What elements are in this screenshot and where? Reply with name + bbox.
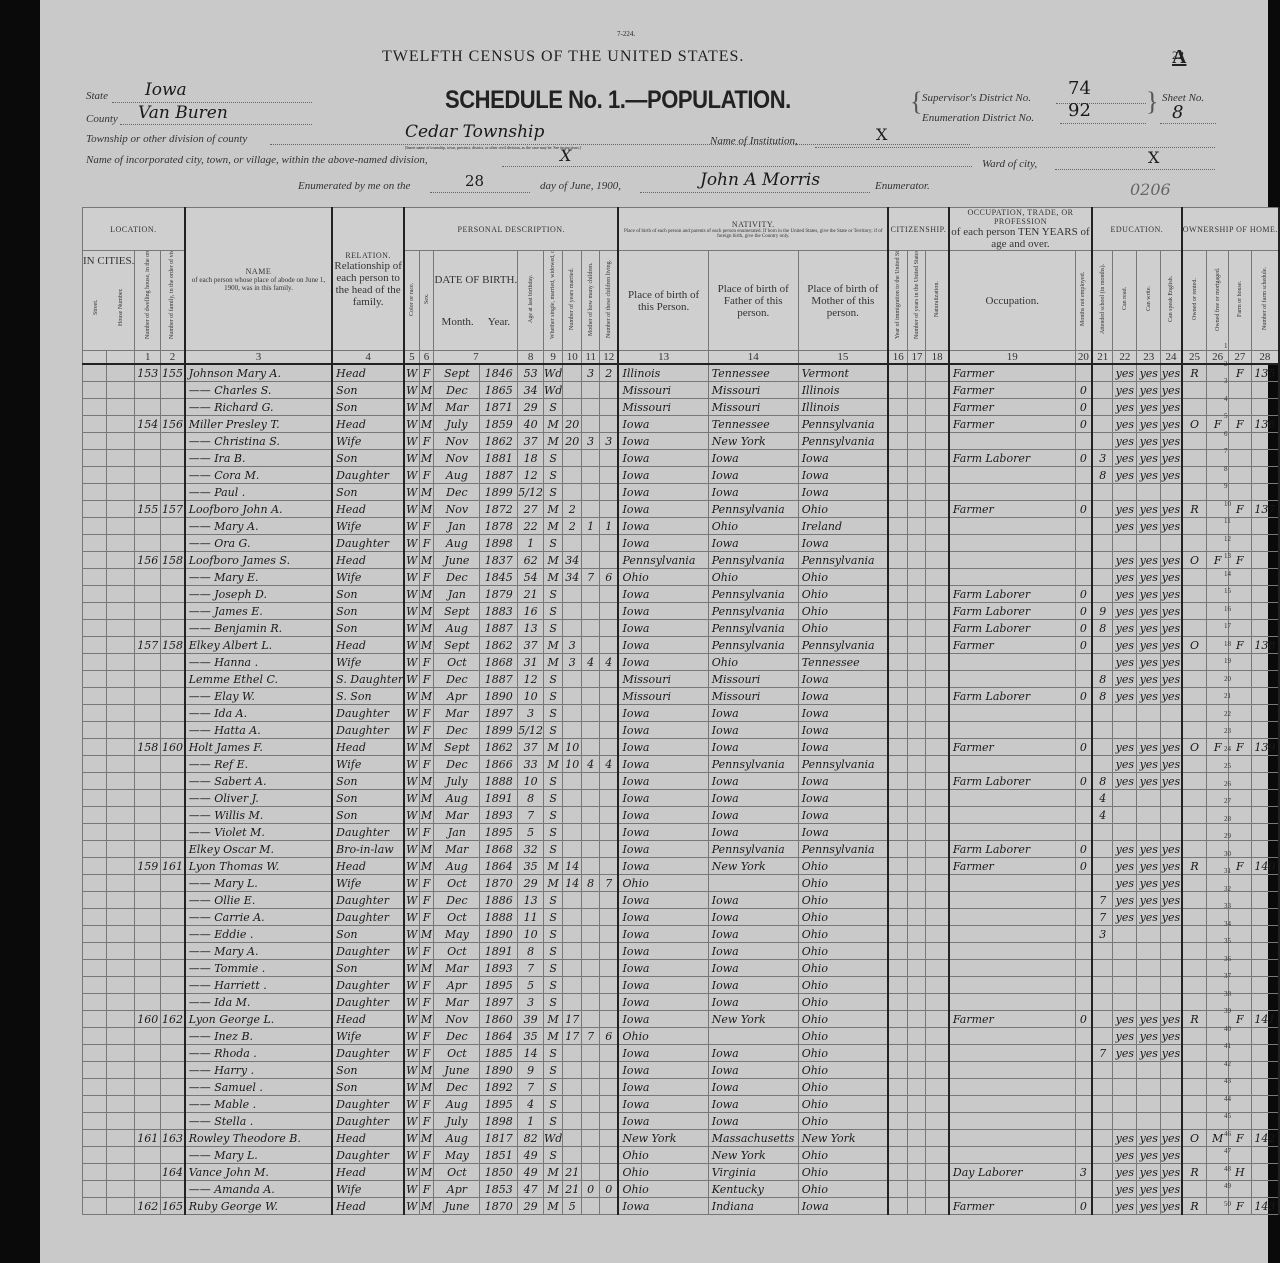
header-relation: RELATION.Relationship of each person to … bbox=[332, 208, 404, 351]
months-unemployed-cell bbox=[1075, 1096, 1092, 1113]
census-table: LOCATION. NAMEof each person whose place… bbox=[82, 207, 1280, 1215]
can-speak-english-cell: yes bbox=[1161, 671, 1182, 688]
years-married-cell bbox=[563, 620, 582, 637]
house-number-cell bbox=[106, 586, 135, 603]
relation-cell: Head bbox=[332, 364, 404, 382]
can-speak-english-cell: yes bbox=[1161, 364, 1182, 382]
occupation-cell bbox=[949, 807, 1075, 824]
years-in-us-cell bbox=[908, 501, 926, 518]
person-name-cell: —— Harry . bbox=[185, 1062, 332, 1079]
street-cell bbox=[83, 501, 107, 518]
children-born-cell bbox=[582, 450, 600, 467]
mother-birthplace-cell: Iowa bbox=[798, 688, 888, 705]
mother-birthplace-cell: Ohio bbox=[798, 1028, 888, 1045]
years-in-us-cell bbox=[908, 1147, 926, 1164]
naturalization-cell bbox=[926, 858, 949, 875]
immigration-year-cell bbox=[888, 705, 908, 722]
children-born-cell bbox=[582, 926, 600, 943]
school-months-cell bbox=[1092, 399, 1113, 416]
can-write-cell bbox=[1137, 994, 1161, 1011]
birth-year-cell: 1872 bbox=[480, 501, 518, 518]
owned-rented-cell bbox=[1182, 450, 1207, 467]
farm-house-cell bbox=[1228, 824, 1251, 841]
can-write-cell bbox=[1137, 977, 1161, 994]
line-number: 3 bbox=[1224, 377, 1228, 385]
column-number: 28 bbox=[1251, 351, 1279, 365]
can-read-cell: yes bbox=[1113, 841, 1137, 858]
marital-status-cell: M bbox=[543, 552, 562, 569]
school-months-cell: 4 bbox=[1092, 807, 1113, 824]
birthplace-cell: Iowa bbox=[618, 722, 708, 739]
birthplace-cell: Iowa bbox=[618, 1079, 708, 1096]
house-number-cell bbox=[106, 620, 135, 637]
house-number-cell bbox=[106, 484, 135, 501]
line-number: 22 bbox=[1224, 710, 1231, 718]
column-number: 20 bbox=[1075, 351, 1092, 365]
children-born-cell bbox=[582, 1045, 600, 1062]
dwelling-number-cell bbox=[135, 569, 161, 586]
can-write-cell bbox=[1137, 705, 1161, 722]
color-cell: W bbox=[404, 790, 419, 807]
marital-status-cell: S bbox=[543, 1096, 562, 1113]
birth-year-cell: 1891 bbox=[480, 790, 518, 807]
family-number-cell bbox=[161, 994, 185, 1011]
occupation-cell: Farmer bbox=[949, 399, 1075, 416]
months-unemployed-cell bbox=[1075, 1079, 1092, 1096]
birthplace-cell: Iowa bbox=[618, 739, 708, 756]
census-row: 161163Rowley Theodore B.HeadWMAug181782W… bbox=[83, 1130, 1280, 1147]
owned-rented-cell bbox=[1182, 926, 1207, 943]
owned-rented-cell bbox=[1182, 399, 1207, 416]
township-value: Cedar Township bbox=[405, 122, 544, 142]
header-can-write: Can write. bbox=[1146, 259, 1152, 339]
page-letter: A bbox=[1172, 46, 1186, 69]
immigration-year-cell bbox=[888, 1147, 908, 1164]
schedule-title: SCHEDULE No. 1.—POPULATION. bbox=[445, 86, 791, 115]
person-name-cell: —— Mary L. bbox=[185, 1147, 332, 1164]
can-read-cell: yes bbox=[1113, 909, 1137, 926]
dwelling-number-cell: 159 bbox=[135, 858, 161, 875]
occupation-cell bbox=[949, 484, 1075, 501]
children-living-cell bbox=[600, 858, 619, 875]
color-cell: W bbox=[404, 535, 419, 552]
naturalization-cell bbox=[926, 450, 949, 467]
relation-cell: Wife bbox=[332, 518, 404, 535]
owned-rented-cell bbox=[1182, 1045, 1207, 1062]
mother-birthplace-cell: Iowa bbox=[798, 773, 888, 790]
farm-schedule-cell bbox=[1251, 960, 1279, 977]
header-occupation: OCCUPATION, TRADE, OR PROFESSIONof each … bbox=[949, 208, 1092, 251]
marital-status-cell: Wd bbox=[543, 382, 562, 399]
farm-schedule-cell bbox=[1251, 399, 1279, 416]
years-in-us-cell bbox=[908, 960, 926, 977]
naturalization-cell bbox=[926, 1079, 949, 1096]
color-cell: W bbox=[404, 569, 419, 586]
sex-cell: M bbox=[419, 926, 434, 943]
children-born-cell bbox=[582, 382, 600, 399]
census-row: —— Hatta A.DaughterWFDec18995/12SIowaIow… bbox=[83, 722, 1280, 739]
census-row: —— Tommie .SonWMMar18937SIowaIowaOhio bbox=[83, 960, 1280, 977]
months-unemployed-cell: 0 bbox=[1075, 603, 1092, 620]
sex-cell: M bbox=[419, 773, 434, 790]
age-cell: 37 bbox=[518, 433, 544, 450]
header-personal: PERSONAL DESCRIPTION. bbox=[404, 208, 618, 251]
months-unemployed-cell bbox=[1075, 467, 1092, 484]
father-birthplace-cell: Iowa bbox=[708, 977, 798, 994]
mother-birthplace-cell: Illinois bbox=[798, 382, 888, 399]
years-in-us-cell bbox=[908, 535, 926, 552]
sex-cell: F bbox=[419, 824, 434, 841]
farm-schedule-cell bbox=[1251, 705, 1279, 722]
father-birthplace-cell: Iowa bbox=[708, 1096, 798, 1113]
father-birthplace-cell: Kentucky bbox=[708, 1181, 798, 1198]
relation-cell: Daughter bbox=[332, 467, 404, 484]
age-cell: 1 bbox=[518, 1113, 544, 1130]
birth-month-cell: June bbox=[434, 1062, 480, 1079]
children-living-cell: 7 bbox=[600, 875, 619, 892]
dwelling-number-cell bbox=[135, 977, 161, 994]
can-write-cell: yes bbox=[1137, 569, 1161, 586]
immigration-year-cell bbox=[888, 688, 908, 705]
mother-birthplace-cell: Iowa bbox=[798, 671, 888, 688]
house-number-cell bbox=[106, 433, 135, 450]
months-unemployed-cell: 0 bbox=[1075, 1011, 1092, 1028]
birthplace-cell: Iowa bbox=[618, 943, 708, 960]
children-born-cell bbox=[582, 1079, 600, 1096]
sex-cell: M bbox=[419, 484, 434, 501]
occupation-cell bbox=[949, 824, 1075, 841]
naturalization-cell bbox=[926, 1130, 949, 1147]
months-unemployed-cell bbox=[1075, 671, 1092, 688]
immigration-year-cell bbox=[888, 909, 908, 926]
dwelling-number-cell bbox=[135, 382, 161, 399]
sex-cell: F bbox=[419, 364, 434, 382]
school-months-cell bbox=[1092, 1028, 1113, 1045]
marital-status-cell: M bbox=[543, 1198, 562, 1215]
father-birthplace-cell: Iowa bbox=[708, 773, 798, 790]
children-living-cell bbox=[600, 501, 619, 518]
street-cell bbox=[83, 535, 107, 552]
can-speak-english-cell bbox=[1161, 1096, 1182, 1113]
sex-cell: F bbox=[419, 994, 434, 1011]
occupation-cell bbox=[949, 1096, 1075, 1113]
birth-month-cell: Oct bbox=[434, 654, 480, 671]
naturalization-cell bbox=[926, 943, 949, 960]
column-number bbox=[83, 351, 107, 365]
marital-status-cell: M bbox=[543, 1011, 562, 1028]
street-cell bbox=[83, 994, 107, 1011]
color-cell: W bbox=[404, 1045, 419, 1062]
owned-rented-cell bbox=[1182, 654, 1207, 671]
naturalization-cell bbox=[926, 1028, 949, 1045]
relation-cell: Wife bbox=[332, 654, 404, 671]
children-living-cell bbox=[600, 671, 619, 688]
children-living-cell bbox=[600, 450, 619, 467]
marital-status-cell: S bbox=[543, 773, 562, 790]
can-write-cell: yes bbox=[1137, 382, 1161, 399]
farm-house-cell: F bbox=[1228, 552, 1251, 569]
mother-birthplace-cell: Ohio bbox=[798, 1045, 888, 1062]
birth-year-cell: 1817 bbox=[480, 1130, 518, 1147]
can-write-cell: yes bbox=[1137, 1198, 1161, 1215]
line-number: 16 bbox=[1224, 605, 1231, 613]
sex-cell: F bbox=[419, 892, 434, 909]
birth-month-cell: Mar bbox=[434, 994, 480, 1011]
line-number: 14 bbox=[1224, 570, 1231, 578]
header-can-read: Can read. bbox=[1122, 259, 1128, 339]
children-born-cell bbox=[582, 586, 600, 603]
can-write-cell: yes bbox=[1137, 1164, 1161, 1181]
years-married-cell: 14 bbox=[563, 858, 582, 875]
naturalization-cell bbox=[926, 977, 949, 994]
line-number: 45 bbox=[1224, 1112, 1231, 1120]
mother-birthplace-cell: Ohio bbox=[798, 1164, 888, 1181]
school-months-cell bbox=[1092, 569, 1113, 586]
naturalization-cell bbox=[926, 501, 949, 518]
owned-rented-cell bbox=[1182, 1113, 1207, 1130]
family-number-cell bbox=[161, 1147, 185, 1164]
relation-cell: Daughter bbox=[332, 1096, 404, 1113]
birth-year-cell: 1898 bbox=[480, 535, 518, 552]
birthplace-cell: Pennsylvania bbox=[618, 552, 708, 569]
naturalization-cell bbox=[926, 654, 949, 671]
years-in-us-cell bbox=[908, 399, 926, 416]
color-cell: W bbox=[404, 722, 419, 739]
street-cell bbox=[83, 364, 107, 382]
mother-birthplace-cell: Pennsylvania bbox=[798, 416, 888, 433]
farm-house-cell bbox=[1228, 450, 1251, 467]
immigration-year-cell bbox=[888, 620, 908, 637]
children-living-cell bbox=[600, 399, 619, 416]
state-value: Iowa bbox=[145, 80, 187, 100]
naturalization-cell bbox=[926, 518, 949, 535]
family-number-cell bbox=[161, 1096, 185, 1113]
immigration-year-cell bbox=[888, 807, 908, 824]
line-number: 13 bbox=[1224, 552, 1231, 560]
line-number: 20 bbox=[1224, 675, 1231, 683]
line-number: 47 bbox=[1224, 1147, 1231, 1155]
birthplace-cell: Iowa bbox=[618, 467, 708, 484]
children-born-cell bbox=[582, 994, 600, 1011]
farm-house-cell bbox=[1228, 518, 1251, 535]
owned-rented-cell bbox=[1182, 1062, 1207, 1079]
occupation-cell bbox=[949, 875, 1075, 892]
can-read-cell bbox=[1113, 705, 1137, 722]
months-unemployed-cell bbox=[1075, 433, 1092, 450]
can-speak-english-cell: yes bbox=[1161, 1045, 1182, 1062]
birthplace-cell: Iowa bbox=[618, 603, 708, 620]
age-cell: 9 bbox=[518, 1062, 544, 1079]
occupation-cell bbox=[949, 569, 1075, 586]
farm-schedule-cell bbox=[1251, 518, 1279, 535]
birth-year-cell: 1898 bbox=[480, 1113, 518, 1130]
farm-house-cell bbox=[1228, 603, 1251, 620]
dwelling-number-cell bbox=[135, 722, 161, 739]
census-row: —— Charles S.SonWMDec186534WdMissouriMis… bbox=[83, 382, 1280, 399]
age-cell: 7 bbox=[518, 1079, 544, 1096]
children-born-cell bbox=[582, 484, 600, 501]
occupation-cell bbox=[949, 1130, 1075, 1147]
dwelling-number-cell bbox=[135, 1028, 161, 1045]
farm-schedule-cell bbox=[1251, 1028, 1279, 1045]
years-in-us-cell bbox=[908, 654, 926, 671]
father-birthplace-cell: Missouri bbox=[708, 688, 798, 705]
birth-year-cell: 1871 bbox=[480, 399, 518, 416]
owned-rented-cell bbox=[1182, 1079, 1207, 1096]
marital-status-cell: M bbox=[543, 433, 562, 450]
county-label: County bbox=[86, 113, 118, 125]
street-cell bbox=[83, 688, 107, 705]
naturalization-cell bbox=[926, 637, 949, 654]
can-read-cell bbox=[1113, 824, 1137, 841]
farm-schedule-cell: 143 bbox=[1251, 1198, 1279, 1215]
farm-house-cell bbox=[1228, 875, 1251, 892]
birth-month-cell: Dec bbox=[434, 1028, 480, 1045]
can-speak-english-cell: yes bbox=[1161, 841, 1182, 858]
children-living-cell bbox=[600, 1147, 619, 1164]
can-write-cell: yes bbox=[1137, 399, 1161, 416]
can-write-cell: yes bbox=[1137, 467, 1161, 484]
farm-house-cell bbox=[1228, 705, 1251, 722]
farm-house-cell bbox=[1228, 1062, 1251, 1079]
dwelling-number-cell bbox=[135, 875, 161, 892]
can-write-cell: yes bbox=[1137, 1147, 1161, 1164]
can-speak-english-cell bbox=[1161, 960, 1182, 977]
children-living-cell bbox=[600, 705, 619, 722]
header-mother-of: Mother of how many children. bbox=[588, 259, 594, 339]
age-cell: 29 bbox=[518, 875, 544, 892]
years-in-us-cell bbox=[908, 518, 926, 535]
census-row: —— Harry .SonWMJune18909SIowaIowaOhio bbox=[83, 1062, 1280, 1079]
birth-year-cell: 1899 bbox=[480, 722, 518, 739]
children-living-cell bbox=[600, 909, 619, 926]
naturalization-cell bbox=[926, 1147, 949, 1164]
mother-birthplace-cell: Iowa bbox=[798, 790, 888, 807]
birthplace-cell: Iowa bbox=[618, 824, 708, 841]
family-number-cell bbox=[161, 705, 185, 722]
birth-year-cell: 1895 bbox=[480, 824, 518, 841]
years-married-cell bbox=[563, 960, 582, 977]
column-number: 19 bbox=[949, 351, 1075, 365]
family-number-cell bbox=[161, 926, 185, 943]
person-name-cell: —— Inez B. bbox=[185, 1028, 332, 1045]
years-in-us-cell bbox=[908, 1079, 926, 1096]
color-cell: W bbox=[404, 416, 419, 433]
farm-schedule-cell bbox=[1251, 688, 1279, 705]
occupation-cell: Day Laborer bbox=[949, 1164, 1075, 1181]
relation-cell: Son bbox=[332, 586, 404, 603]
children-living-cell bbox=[600, 467, 619, 484]
birth-year-cell: 1888 bbox=[480, 773, 518, 790]
children-born-cell bbox=[582, 790, 600, 807]
relation-cell: Head bbox=[332, 1198, 404, 1215]
years-in-us-cell bbox=[908, 688, 926, 705]
column-number: 4 bbox=[332, 351, 404, 365]
marital-status-cell: M bbox=[543, 569, 562, 586]
birth-month-cell: Dec bbox=[434, 382, 480, 399]
years-married-cell bbox=[563, 1079, 582, 1096]
naturalization-cell bbox=[926, 807, 949, 824]
years-married-cell: 10 bbox=[563, 756, 582, 773]
children-born-cell bbox=[582, 841, 600, 858]
birth-month-cell: Nov bbox=[434, 450, 480, 467]
years-married-cell bbox=[563, 364, 582, 382]
years-married-cell bbox=[563, 892, 582, 909]
years-in-us-cell bbox=[908, 620, 926, 637]
age-cell: 31 bbox=[518, 654, 544, 671]
children-born-cell bbox=[582, 1130, 600, 1147]
years-in-us-cell bbox=[908, 1062, 926, 1079]
months-unemployed-cell bbox=[1075, 1147, 1092, 1164]
can-read-cell bbox=[1113, 1062, 1137, 1079]
color-cell: W bbox=[404, 518, 419, 535]
owned-rented-cell: R bbox=[1182, 501, 1207, 518]
header-location: LOCATION. bbox=[83, 208, 185, 251]
birth-month-cell: Apr bbox=[434, 688, 480, 705]
street-cell bbox=[83, 1045, 107, 1062]
children-living-cell: 4 bbox=[600, 756, 619, 773]
owned-rented-cell bbox=[1182, 688, 1207, 705]
mother-birthplace-cell: Ohio bbox=[798, 620, 888, 637]
header-pob-person: Place of birth of this Person. bbox=[618, 251, 708, 351]
column-number: 12 bbox=[600, 351, 619, 365]
farm-schedule-cell bbox=[1251, 824, 1279, 841]
age-cell: 7 bbox=[518, 807, 544, 824]
birthplace-cell: Iowa bbox=[618, 756, 708, 773]
birth-month-cell: Aug bbox=[434, 1130, 480, 1147]
color-cell: W bbox=[404, 1096, 419, 1113]
school-months-cell bbox=[1092, 535, 1113, 552]
family-number-cell bbox=[161, 467, 185, 484]
birth-month-cell: Dec bbox=[434, 722, 480, 739]
house-number-cell bbox=[106, 399, 135, 416]
relation-cell: Son bbox=[332, 1062, 404, 1079]
farm-house-cell: F bbox=[1228, 1130, 1251, 1147]
farm-house-cell bbox=[1228, 586, 1251, 603]
person-name-cell: —— Charles S. bbox=[185, 382, 332, 399]
years-in-us-cell bbox=[908, 1045, 926, 1062]
color-cell: W bbox=[404, 399, 419, 416]
line-number: 38 bbox=[1224, 990, 1231, 998]
sex-cell: F bbox=[419, 875, 434, 892]
years-in-us-cell bbox=[908, 824, 926, 841]
line-number: 12 bbox=[1224, 535, 1231, 543]
months-unemployed-cell bbox=[1075, 960, 1092, 977]
birthplace-cell: Iowa bbox=[618, 960, 708, 977]
children-living-cell bbox=[600, 1045, 619, 1062]
farm-schedule-cell bbox=[1251, 926, 1279, 943]
immigration-year-cell bbox=[888, 1181, 908, 1198]
street-cell bbox=[83, 824, 107, 841]
relation-cell: Daughter bbox=[332, 722, 404, 739]
sex-cell: F bbox=[419, 1181, 434, 1198]
can-read-cell: yes bbox=[1113, 501, 1137, 518]
census-row: 154156Miller Presley T.HeadWMJuly185940M… bbox=[83, 416, 1280, 433]
months-unemployed-cell bbox=[1075, 569, 1092, 586]
owned-rented-cell bbox=[1182, 1147, 1207, 1164]
years-in-us-cell bbox=[908, 671, 926, 688]
age-cell: 5 bbox=[518, 977, 544, 994]
column-number: 9 bbox=[543, 351, 562, 365]
birth-month-cell: Aug bbox=[434, 467, 480, 484]
can-speak-english-cell: yes bbox=[1161, 552, 1182, 569]
header-education: EDUCATION. bbox=[1092, 208, 1182, 251]
naturalization-cell bbox=[926, 467, 949, 484]
months-unemployed-cell bbox=[1075, 790, 1092, 807]
mother-birthplace-cell: Ohio bbox=[798, 603, 888, 620]
person-name-cell: —— Mary A. bbox=[185, 943, 332, 960]
mother-birthplace-cell: Ohio bbox=[798, 1096, 888, 1113]
